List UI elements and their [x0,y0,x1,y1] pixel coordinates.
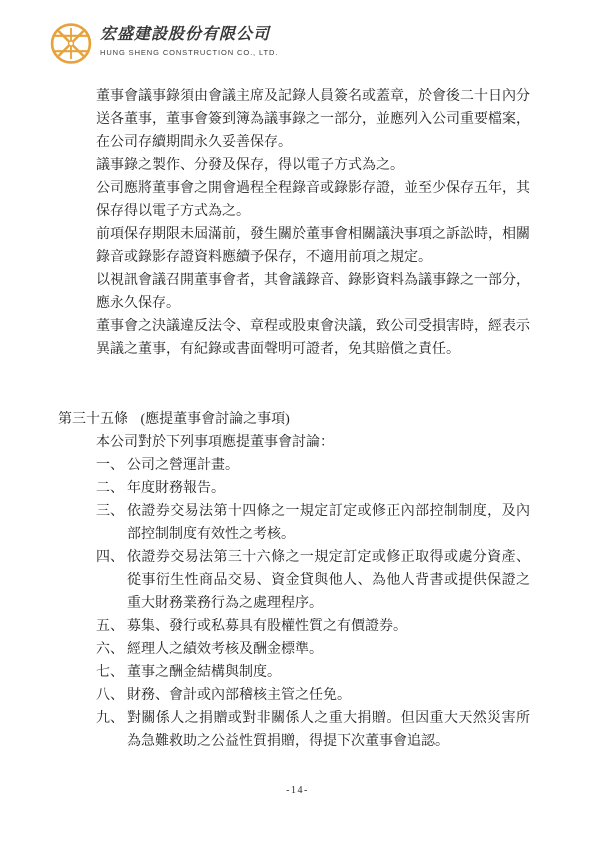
list-item: 七、 董事之酬金結構與制度。 [96,661,530,684]
document-page: 宏盛建設股份有限公司 HUNG SHENG CONSTRUCTION CO., … [0,0,595,842]
company-letterhead: 宏盛建設股份有限公司 HUNG SHENG CONSTRUCTION CO., … [48,21,278,66]
minutes-provisions: 董事會議事錄須由會議主席及記錄人員簽名或蓋章，於會後二十日內分送各董事，董事會簽… [58,85,530,361]
article-number: 第三十五條 [58,408,128,431]
paragraph: 前項保存期限未屆滿前，發生關於董事會相關議決事項之訴訟時，相關錄音或錄影存證資料… [96,223,530,269]
paragraph: 董事會之決議違反法令、章程或股東會決議，致公司受損害時，經表示異議之董事，有紀錄… [96,315,530,361]
item-number: 一、 [96,454,127,477]
item-number: 四、 [96,546,127,615]
item-number: 五、 [96,615,127,638]
article-heading: 第三十五條 (應提董事會討論之事項) [58,408,530,431]
discussion-items-list: 一、 公司之營運計畫。 二、 年度財務報告。 三、 依證券交易法第十四條之一規定… [96,454,530,753]
article-title: (應提董事會討論之事項) [141,408,290,431]
paragraph: 議事錄之製作、分發及保存，得以電子方式為之。 [96,154,530,177]
company-name: 宏盛建設股份有限公司 [100,24,278,46]
list-item: 四、 依證券交易法第三十六條之一規定訂定或修正取得或處分資產、從事衍生性商品交易… [96,546,530,615]
item-text: 公司之營運計畫。 [127,454,530,477]
company-logo-icon [48,21,94,66]
paragraph: 公司應將董事會之開會過程全程錄音或錄影存證，並至少保存五年，其保存得以電子方式為… [96,177,530,223]
item-text: 年度財務報告。 [127,477,530,500]
company-name-en: HUNG SHENG CONSTRUCTION CO., LTD. [100,48,278,58]
paragraph: 以視訊會議召開董事會者，其會議錄音、錄影資料為議事錄之一部分，應永久保存。 [96,269,530,315]
item-text: 財務、會計或內部稽核主管之任免。 [127,684,530,707]
list-item: 六、 經理人之績效考核及酬金標準。 [96,638,530,661]
article-35: 第三十五條 (應提董事會討論之事項) 本公司對於下列事項應提董事會討論： 一、 … [58,408,530,753]
list-item: 九、 對關係人之捐贈或對非關係人之重大捐贈。但因重大天然災害所為急難救助之公益性… [96,707,530,753]
item-text: 依證券交易法第三十六條之一規定訂定或修正取得或處分資產、從事衍生性商品交易、資金… [127,546,530,615]
item-number: 二、 [96,477,127,500]
item-text: 募集、發行或私募具有股權性質之有價證券。 [127,615,530,638]
document-body: 董事會議事錄須由會議主席及記錄人員簽名或蓋章，於會後二十日內分送各董事，董事會簽… [58,85,530,753]
article-intro: 本公司對於下列事項應提董事會討論： [96,431,530,454]
page-number: -14- [286,785,309,796]
list-item: 三、 依證券交易法第十四條之一規定訂定或修正內部控制制度，及內部控制制度有效性之… [96,500,530,546]
list-item: 二、 年度財務報告。 [96,477,530,500]
item-number: 七、 [96,661,127,684]
item-text: 依證券交易法第十四條之一規定訂定或修正內部控制制度，及內部控制制度有效性之考核。 [127,500,530,546]
item-number: 八、 [96,684,127,707]
list-item: 五、 募集、發行或私募具有股權性質之有價證券。 [96,615,530,638]
item-text: 董事之酬金結構與制度。 [127,661,530,684]
list-item: 一、 公司之營運計畫。 [96,454,530,477]
paragraph: 董事會議事錄須由會議主席及記錄人員簽名或蓋章，於會後二十日內分送各董事，董事會簽… [96,85,530,154]
item-number: 六、 [96,638,127,661]
item-text: 經理人之績效考核及酬金標準。 [127,638,530,661]
list-item: 八、 財務、會計或內部稽核主管之任免。 [96,684,530,707]
item-number: 三、 [96,500,127,546]
item-number: 九、 [96,707,127,753]
page-footer: -14- [0,785,595,796]
company-name-block: 宏盛建設股份有限公司 HUNG SHENG CONSTRUCTION CO., … [100,21,278,58]
item-text: 對關係人之捐贈或對非關係人之重大捐贈。但因重大天然災害所為急難救助之公益性質捐贈… [127,707,530,753]
